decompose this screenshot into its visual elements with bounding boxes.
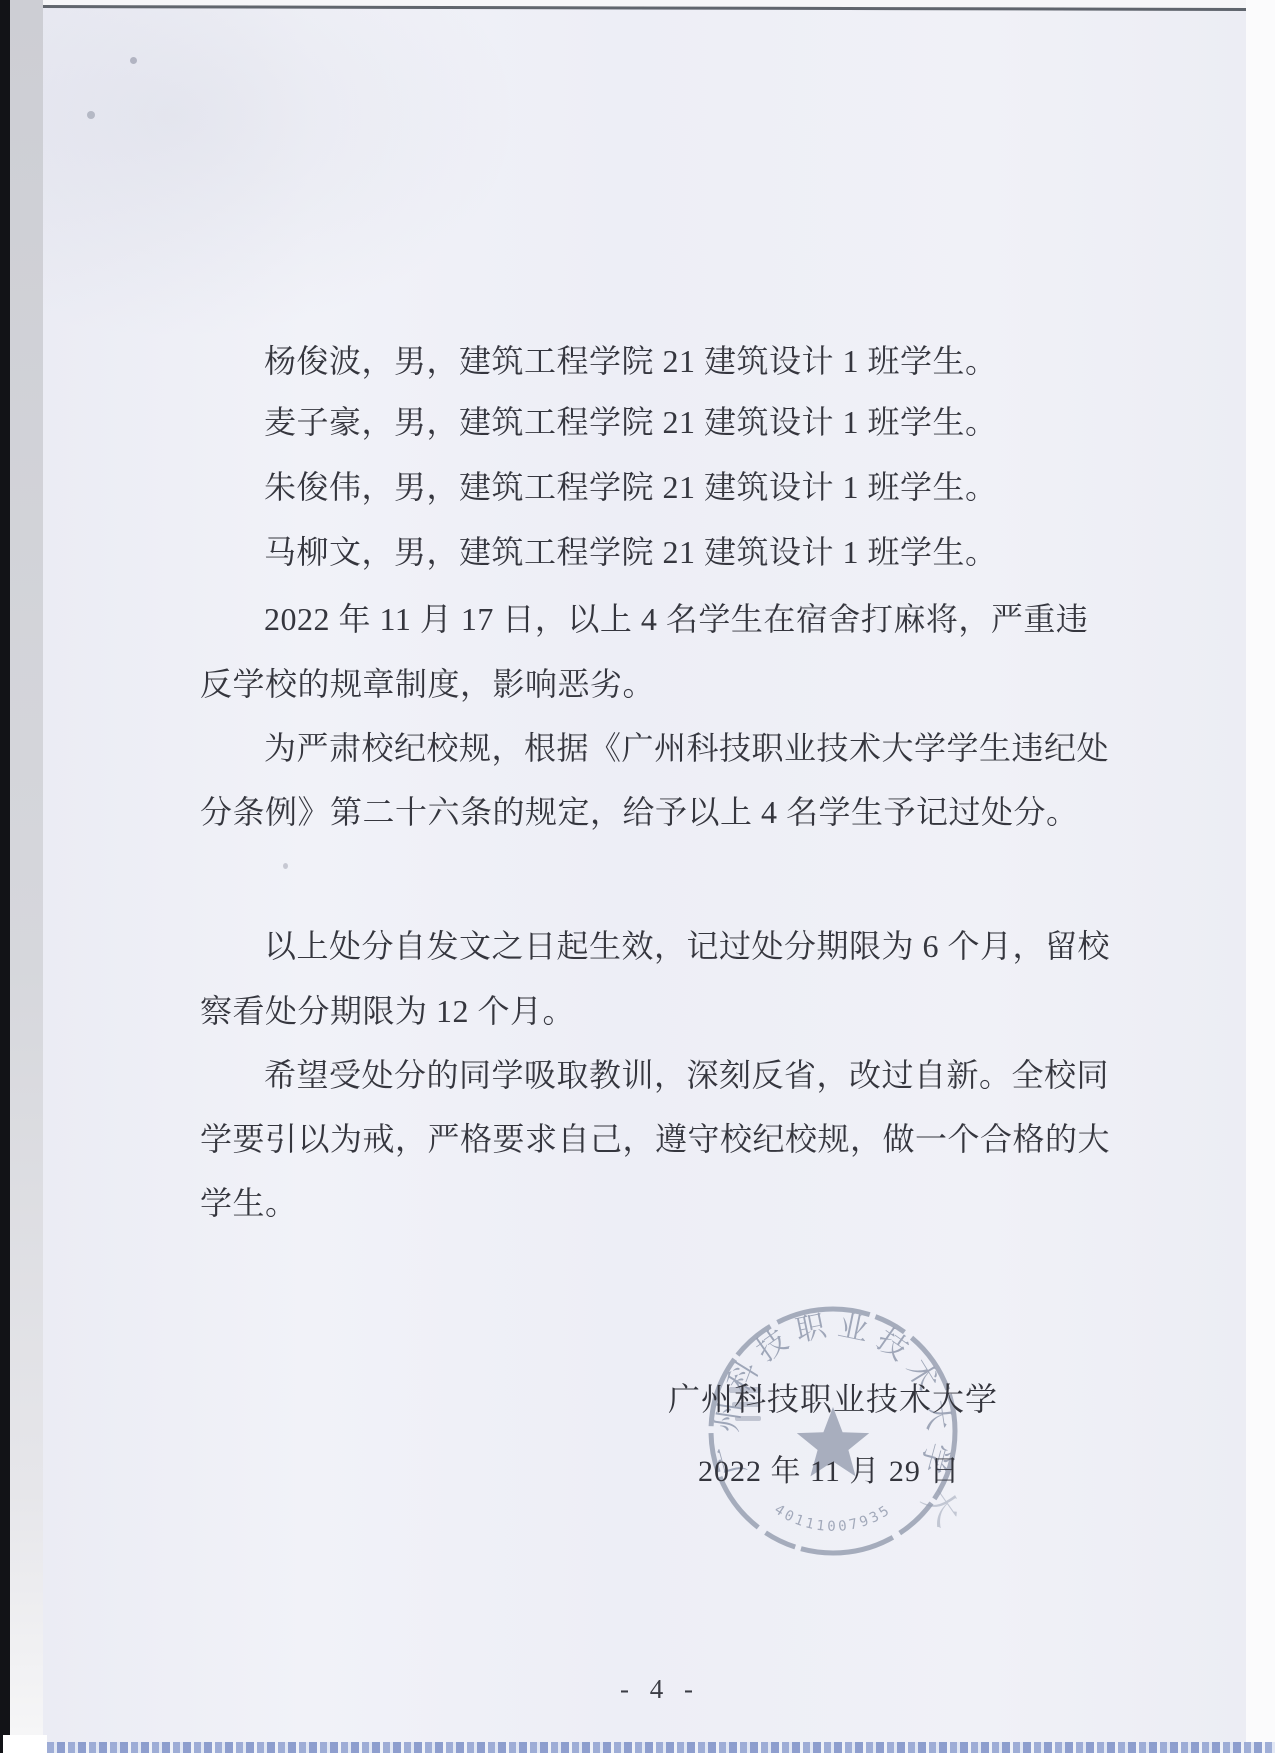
body-line: 学生。 — [200, 1178, 298, 1224]
body-line: 2022 年 11 月 17 日，以上 4 名学生在宿舍打麻将，严重违 — [200, 594, 1088, 640]
body-line: 反学校的规章制度，影响恶劣。 — [200, 659, 655, 705]
scanned-document-page: { "page": { "body_lines": [ "杨俊波，男，建筑工程学… — [0, 0, 1275, 1753]
paper-wrinkle-shade — [43, 8, 563, 368]
scan-speck — [130, 57, 137, 64]
scan-left-black-edge — [0, 0, 10, 1753]
body-line: 以上处分自发文之日起生效，记过处分期限为 6 个月，留校 — [200, 921, 1110, 967]
body-line: 学要引以为戒，严格要求自己，遵守校纪校规，做一个合格的大 — [200, 1114, 1110, 1160]
body-line: 分条例》第二十六条的规定，给予以上 4 名学生予记过处分。 — [200, 787, 1079, 833]
body-line: 朱俊伟，男，建筑工程学院 21 建筑设计 1 班学生。 — [200, 462, 998, 508]
scan-background: 杨俊波，男，建筑工程学院 21 建筑设计 1 班学生。 麦子豪，男，建筑工程学院… — [0, 0, 1275, 1753]
scan-left-gray-strip — [10, 0, 43, 1753]
signature-organization: 广州科技职业技术大学 — [668, 1374, 998, 1420]
body-line: 为严肃校纪校规，根据《广州科技职业技术大学学生违纪处 — [200, 723, 1109, 769]
body-line: 马柳文，男，建筑工程学院 21 建筑设计 1 班学生。 — [200, 527, 998, 573]
university-seal: 广州科技职业技术大学 4401110079353 大 — [683, 1281, 983, 1581]
scan-bottom-left-notch — [3, 1735, 47, 1753]
scan-speck — [87, 111, 95, 119]
scan-right-white-strip — [1246, 0, 1275, 1753]
body-line: 察看处分期限为 12 个月。 — [200, 986, 575, 1032]
body-line: 杨俊波，男，建筑工程学院 21 建筑设计 1 班学生。 — [200, 336, 998, 382]
body-line: 希望受处分的同学吸取教训，深刻反省，改过自新。全校同 — [200, 1050, 1109, 1096]
body-line: 麦子豪，男，建筑工程学院 21 建筑设计 1 班学生。 — [200, 397, 998, 443]
scan-bottom-texture — [47, 1742, 1275, 1753]
signature-date: 2022 年 11 月 29 日 — [698, 1446, 960, 1490]
page-number: - 4 - — [590, 1674, 730, 1705]
scan-speck — [283, 863, 288, 869]
